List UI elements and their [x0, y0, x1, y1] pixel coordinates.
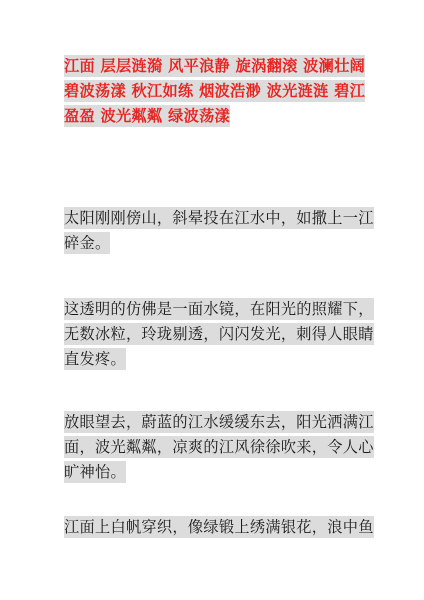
paragraph-text: 放眼望去，蔚蓝的江水缓缓东去，阳光洒满江: [64, 411, 374, 433]
paragraph-text: 面，波光粼粼，凉爽的江风徐徐吹来，令人心: [64, 436, 374, 458]
keyword-text: 江面 层层涟漪 风平浪静 旋涡翻滚 波澜壮阔: [64, 55, 365, 77]
paragraph-line: 直发疼。: [64, 346, 364, 371]
paragraph-1: 太阳刚刚傍山，斜晕投在江水中，如撒上一江 碎金。: [64, 205, 364, 255]
paragraph-line: 放眼望去，蔚蓝的江水缓缓东去，阳光洒满江: [64, 409, 364, 434]
keyword-text: 碧波荡漾 秋江如练 烟波浩渺 波光涟涟 碧江: [64, 80, 365, 102]
paragraph-text: 这透明的仿佛是一面水镜，在阳光的照耀下，: [64, 298, 374, 320]
paragraph-text: 旷神怡。: [64, 461, 126, 483]
paragraph-line: 太阳刚刚傍山，斜晕投在江水中，如撒上一江: [64, 205, 364, 230]
keyword-text: 盈盈 波光粼粼 绿波荡漾: [64, 105, 230, 127]
paragraph-text: 江面上白帆穿织，像绿锻上绣满银花，浪中鱼: [64, 516, 374, 538]
paragraph-line: 旷神怡。: [64, 459, 364, 484]
paragraph-line: 江面上白帆穿织，像绿锻上绣满银花，浪中鱼: [64, 514, 364, 539]
paragraph-line: 面，波光粼粼，凉爽的江风徐徐吹来，令人心: [64, 434, 364, 459]
keyword-line: 江面 层层涟漪 风平浪静 旋涡翻滚 波澜壮阔: [64, 53, 364, 78]
paragraph-text: 太阳刚刚傍山，斜晕投在江水中，如撒上一江: [64, 207, 374, 229]
keyword-block: 江面 层层涟漪 风平浪静 旋涡翻滚 波澜壮阔 碧波荡漾 秋江如练 烟波浩渺 波光…: [64, 53, 364, 128]
paragraph-2: 这透明的仿佛是一面水镜，在阳光的照耀下， 无数冰粒，玲珑剔透，闪闪发光，刺得人眼…: [64, 296, 364, 371]
paragraph-line: 无数冰粒，玲珑剔透，闪闪发光，刺得人眼睛: [64, 321, 364, 346]
paragraph-text: 直发疼。: [64, 348, 126, 370]
keyword-line: 碧波荡漾 秋江如练 烟波浩渺 波光涟涟 碧江: [64, 78, 364, 103]
paragraph-3: 放眼望去，蔚蓝的江水缓缓东去，阳光洒满江 面，波光粼粼，凉爽的江风徐徐吹来，令人…: [64, 409, 364, 484]
keyword-line: 盈盈 波光粼粼 绿波荡漾: [64, 103, 364, 128]
paragraph-line: 这透明的仿佛是一面水镜，在阳光的照耀下，: [64, 296, 364, 321]
paragraph-text: 无数冰粒，玲珑剔透，闪闪发光，刺得人眼睛: [64, 323, 374, 345]
paragraph-4: 江面上白帆穿织，像绿锻上绣满银花，浪中鱼: [64, 514, 364, 539]
paragraph-text: 碎金。: [64, 232, 110, 254]
paragraph-line: 碎金。: [64, 230, 364, 255]
